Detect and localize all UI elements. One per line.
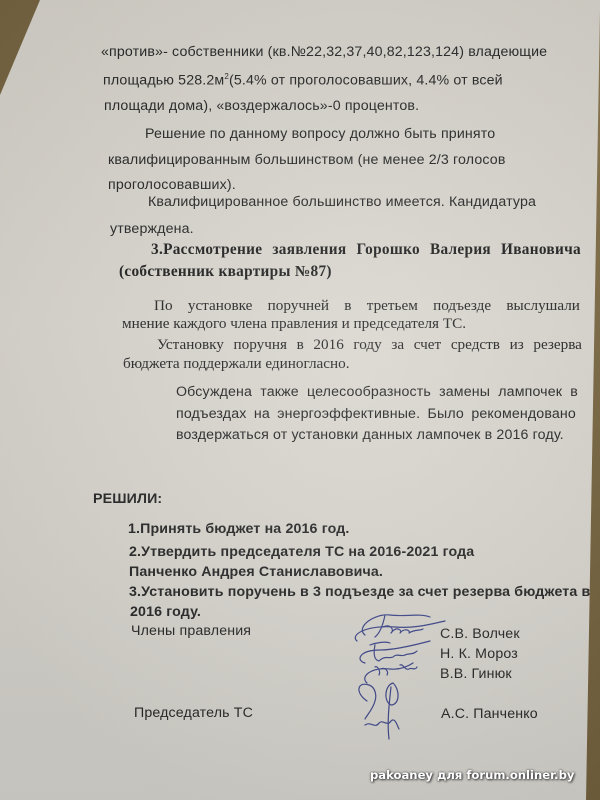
word: установке [188, 297, 253, 315]
word: третьем [367, 297, 418, 315]
lightbulb-line-2: подъездах на энергоэффективные. Было рек… [176, 406, 576, 422]
word: счет [414, 336, 441, 354]
majority-line-2: утверждена. [110, 221, 194, 237]
chair-label: Председатель ТС [134, 705, 253, 721]
requirement-line-2: квалифицированным большинством (не менее… [108, 152, 506, 168]
word: подъезде [433, 297, 491, 315]
word: лампочек [498, 384, 562, 400]
word: году [353, 336, 381, 354]
requirement-line-1: Решение по данному вопросу должно быть п… [145, 126, 495, 142]
word: выслушали [506, 297, 580, 315]
word: 2016 [313, 336, 343, 354]
heading-word: Горошко [356, 241, 419, 259]
word: из [510, 336, 524, 354]
section-3-heading-line-2: (собственник квартиры №87) [119, 263, 332, 281]
majority-line-1: Квалифицированное большинство имеется. К… [148, 194, 536, 210]
requirement-line-3: проголосовавших). [108, 177, 236, 193]
word: в [570, 384, 578, 400]
vote-line-1: «против»- собственники (кв.№22,32,37,40,… [101, 44, 547, 60]
heading-word: 3.Рассмотрение [151, 241, 262, 259]
heading-word: заявления [272, 241, 346, 259]
word: также [260, 384, 299, 400]
word: поручня [234, 336, 287, 354]
word: подъездах [176, 406, 246, 422]
resolved-item-2-name: Панченко Андрея Станиславовича. [129, 564, 383, 580]
word: рекомендовано [471, 406, 576, 422]
word: замены [439, 384, 490, 400]
handwritten-signatures [345, 605, 455, 745]
vote-line-2: площадью 528.2м2(5.4% от проголосовавших… [103, 72, 503, 89]
handrail-line-3: Установку поручня в 2016 году за счет ср… [157, 336, 582, 354]
word: за [391, 336, 404, 354]
resolved-item-1: 1.Принять бюджет на 2016 год. [128, 521, 349, 537]
word: средств [451, 336, 500, 354]
word: резерва [533, 336, 582, 354]
word: Установку [157, 336, 224, 354]
chair-name: А.С. Панченко [441, 706, 538, 722]
heading-word: Ивановича [501, 241, 581, 259]
resolved-item-2: 2.Утвердить председателя ТС на 2016-2021… [129, 544, 474, 560]
word: на [254, 406, 270, 422]
handrail-line-4: бюджета поддержали единогласно. [123, 355, 350, 373]
word: энергоэффективные. [277, 406, 420, 422]
section-3-heading-line-1: 3.Рассмотрение заявления Горошко Валерия… [151, 241, 581, 259]
area-value: площадью 528.2м [103, 73, 224, 89]
word: в [344, 297, 351, 315]
word: поручней [268, 297, 329, 315]
word: Было [428, 406, 464, 422]
lightbulb-line-1: Обсуждена также целесообразность замены … [176, 384, 578, 400]
board-members-label: Члены правления [131, 623, 251, 639]
word: Обсуждена [176, 384, 252, 400]
word: в [297, 336, 304, 354]
document-page: «против»- собственники (кв.№22,32,37,40,… [0, 0, 600, 800]
resolved-item-3: 3.Установить поручень в 3 подъезде за сч… [129, 584, 590, 600]
watermark: pakoaney для forum.onliner.by [370, 768, 574, 782]
lightbulb-line-3: воздержаться от установки данных лампоче… [176, 427, 564, 443]
handrail-line-1: По установке поручней в третьем подъезде… [154, 297, 580, 315]
word: По [154, 297, 173, 315]
resolved-title: РЕШИЛИ: [93, 491, 162, 507]
handrail-line-2: мнение каждого члена правления и председ… [122, 315, 466, 333]
word: целесообразность [307, 384, 431, 400]
vote-line-3: площади дома), «воздержалось»-0 проценто… [104, 98, 419, 114]
percent-text: (5.4% от проголосовавших, 4.4% от всей [229, 73, 503, 89]
heading-word: Валерия [430, 241, 491, 259]
resolved-item-3-cont: 2016 году. [130, 604, 201, 620]
